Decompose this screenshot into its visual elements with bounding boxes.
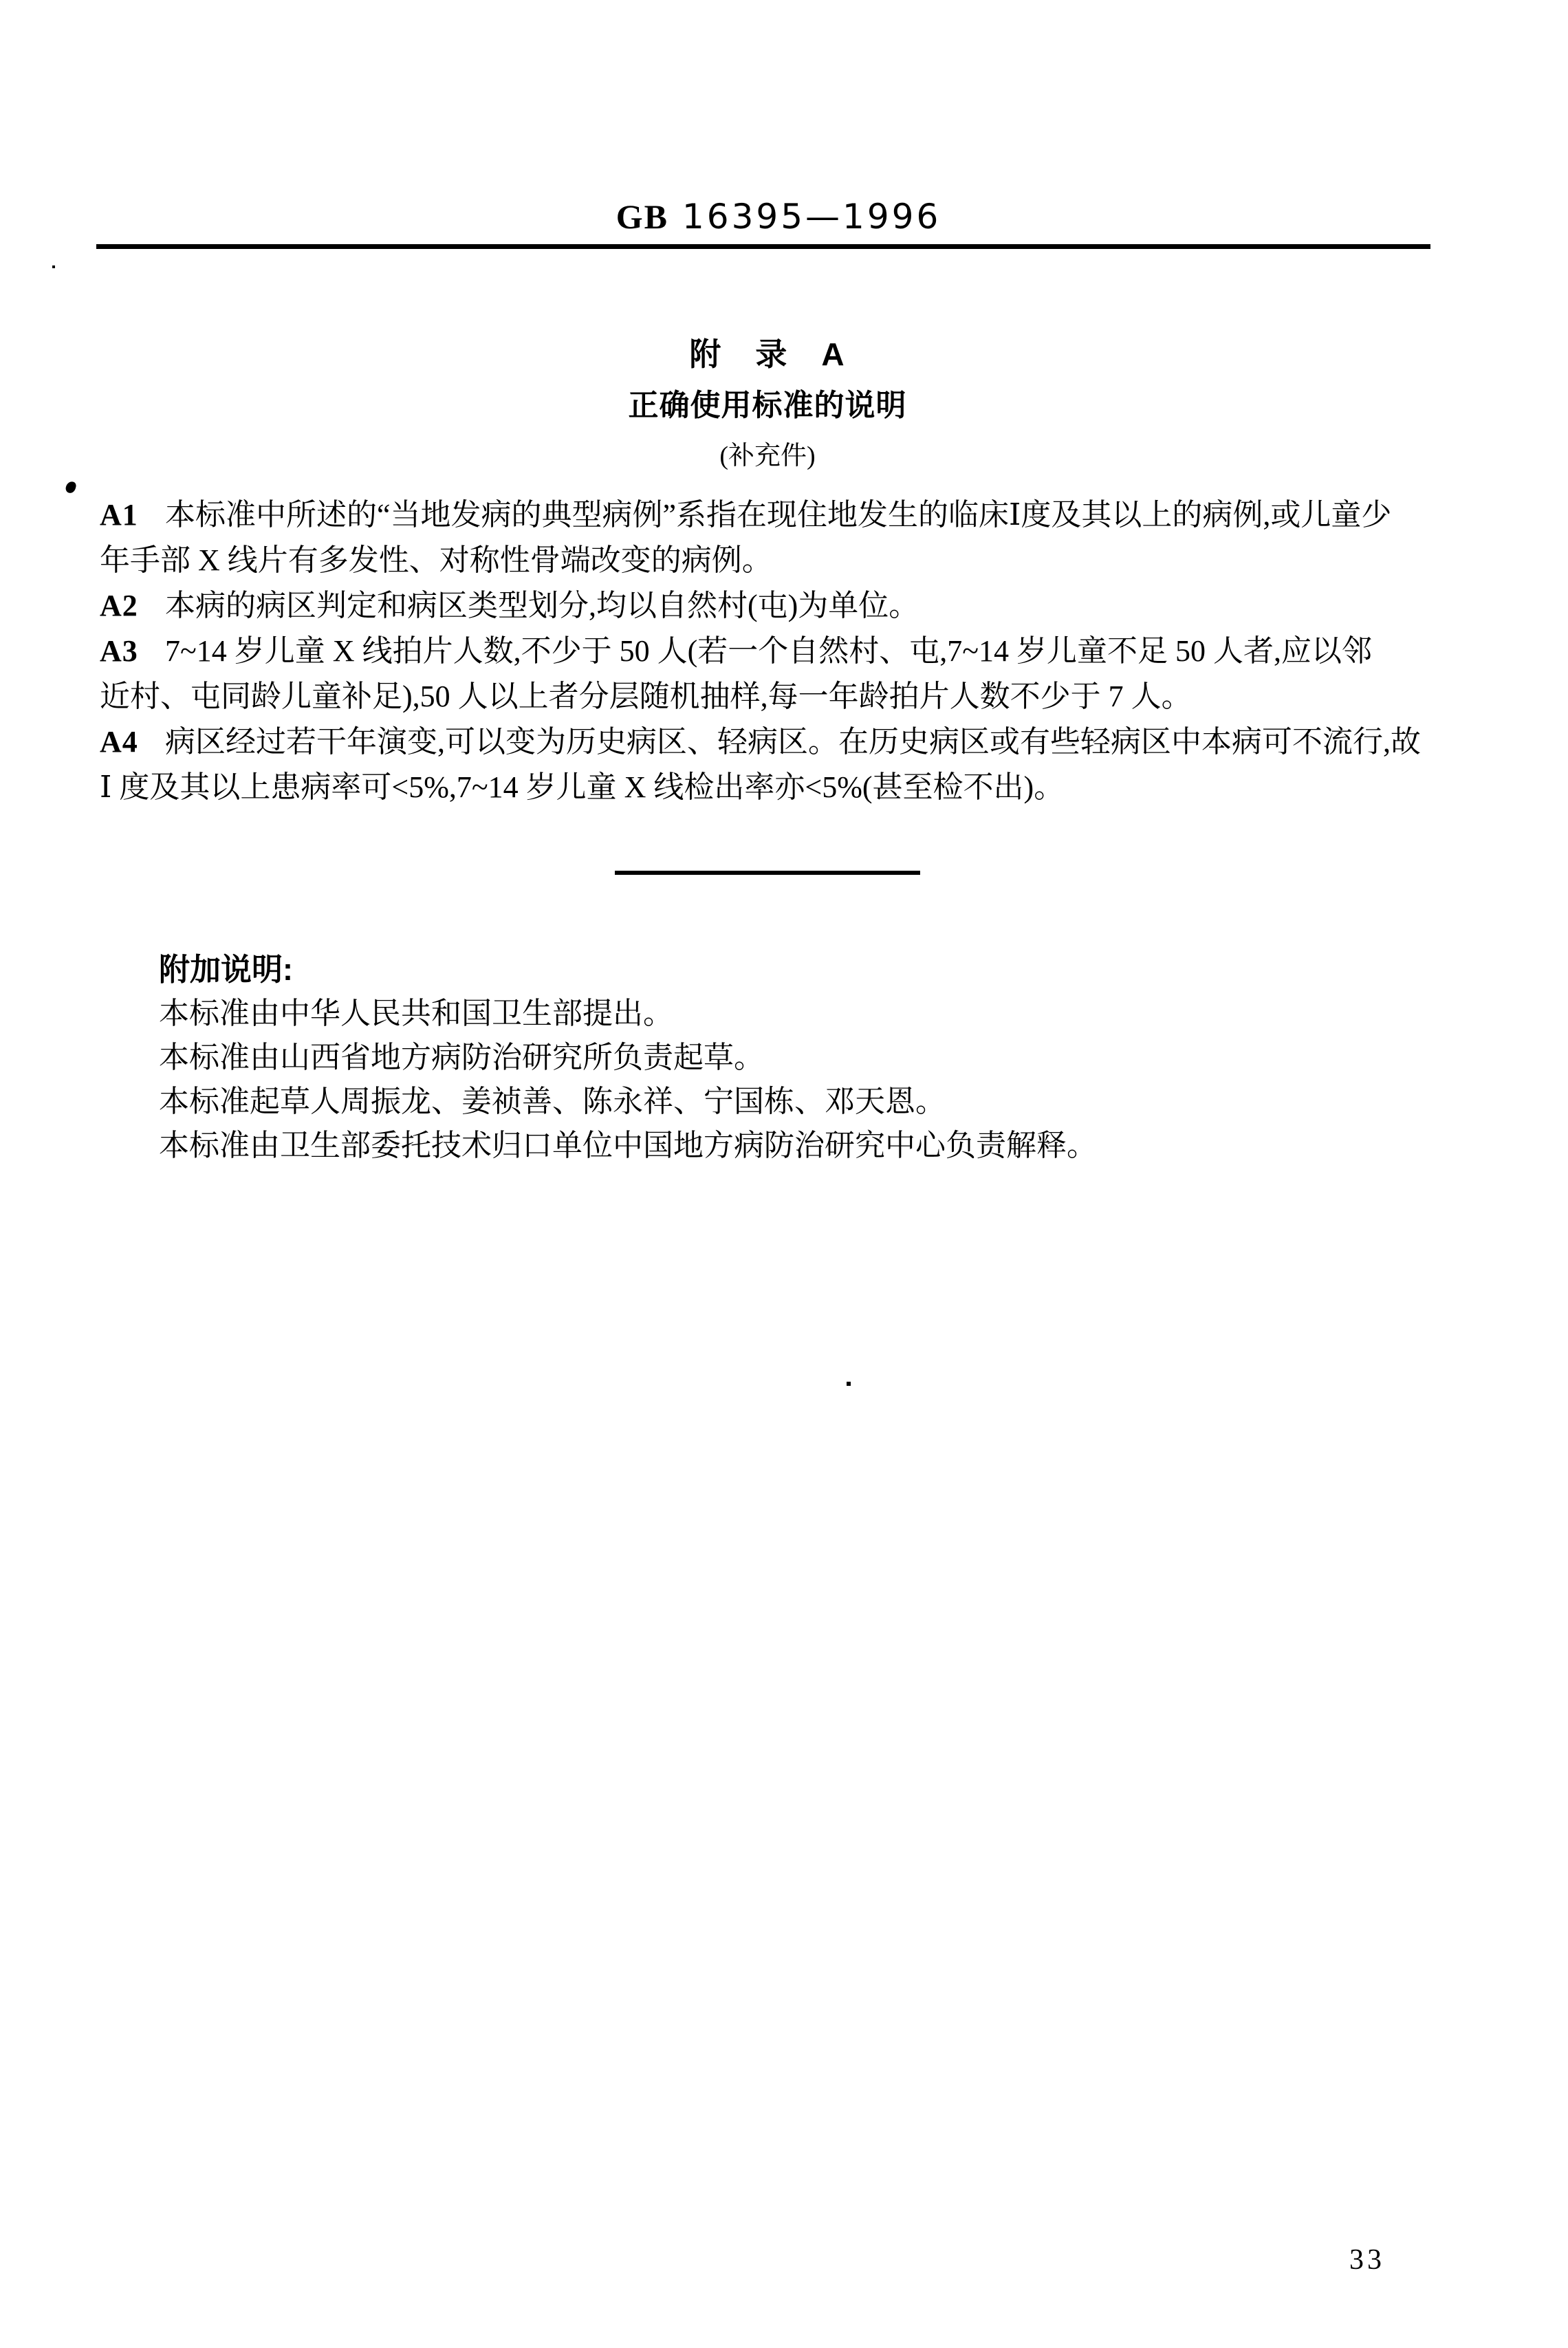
clause-a3-label: A3 — [100, 629, 165, 674]
appendix-title-block: 附 录 A 正确使用标准的说明 (补充件) — [0, 338, 1535, 469]
clause-a1: A1本标准中所述的“当地发病的典型病例”系指在现住地发生的临床Ⅰ度及其以上的病例… — [100, 492, 1516, 583]
supplement-note: (补充件) — [0, 443, 1535, 469]
clause-a1-line-1: 本标准中所述的“当地发病的典型病例”系指在现住地发生的临床Ⅰ度及其以上的病例,或… — [165, 498, 1391, 532]
ink-dot-artifact — [847, 1382, 851, 1386]
clause-a3: A37~14 岁儿童 X 线拍片人数,不少于 50 人(若一个自然村、屯,7~1… — [100, 629, 1516, 719]
clause-a3-line-2: 近村、屯同龄儿童补足),50 人以上者分层随机抽样,每一年龄拍片人数不少于 7 … — [100, 680, 1192, 713]
clause-list: A1本标准中所述的“当地发病的典型病例”系指在现住地发生的临床Ⅰ度及其以上的病例… — [100, 492, 1516, 810]
standard-code-prefix: GB — [616, 197, 668, 236]
clause-a3-line-1: 7~14 岁儿童 X 线拍片人数,不少于 50 人(若一个自然村、屯,7~14 … — [165, 634, 1372, 668]
standard-code-number: 16395—1996 — [682, 197, 941, 237]
clause-a4: A4病区经过若干年演变,可以变为历史病区、轻病区。在历史病区或有些轻病区中本病可… — [100, 719, 1516, 810]
section-divider — [615, 871, 920, 875]
additional-notes: 附加说明: 本标准由中华人民共和国卫生部提出。 本标准由山西省地方病防治研究所负… — [159, 948, 1397, 1168]
clause-a4-label: A4 — [100, 719, 165, 765]
clause-a2: A2本病的病区判定和病区类型划分,均以自然村(屯)为单位。 — [100, 583, 1516, 629]
additional-notes-line-4: 本标准由卫生部委托技术归口单位中国地方病防治研究中心负责解释。 — [159, 1124, 1397, 1168]
additional-notes-line-2: 本标准由山西省地方病防治研究所负责起草。 — [159, 1036, 1397, 1080]
clause-a4-line-2: Ⅰ 度及其以上患病率可<5%,7~14 岁儿童 X 线检出率亦<5%(甚至检不出… — [100, 770, 1064, 804]
page-number: 33 — [1349, 2243, 1385, 2276]
header-rule — [96, 244, 1430, 249]
ink-smudge-artifact — [65, 480, 77, 494]
appendix-subtitle: 正确使用标准的说明 — [0, 391, 1535, 421]
standard-code: GB16395—1996 — [0, 197, 1557, 237]
clause-a2-label: A2 — [100, 583, 165, 629]
ink-speck-artifact — [52, 265, 55, 268]
additional-notes-line-3: 本标准起草人周振龙、姜祯善、陈永祥、宁国栋、邓天恩。 — [159, 1080, 1397, 1124]
clause-a4-line-1: 病区经过若干年演变,可以变为历史病区、轻病区。在历史病区或有些轻病区中本病可不流… — [165, 725, 1421, 759]
additional-notes-line-1: 本标准由中华人民共和国卫生部提出。 — [159, 992, 1397, 1036]
clause-a1-line-2: 年手部 X 线片有多发性、对称性骨端改变的病例。 — [100, 543, 772, 577]
clause-a1-label: A1 — [100, 492, 165, 538]
appendix-title: 附 录 A — [0, 338, 1535, 370]
clause-a2-line-1: 本病的病区判定和病区类型划分,均以自然村(屯)为单位。 — [165, 589, 919, 622]
document-page: GB16395—1996 附 录 A 正确使用标准的说明 (补充件) A1本标准… — [0, 0, 1568, 2348]
additional-notes-heading: 附加说明: — [159, 948, 1397, 992]
